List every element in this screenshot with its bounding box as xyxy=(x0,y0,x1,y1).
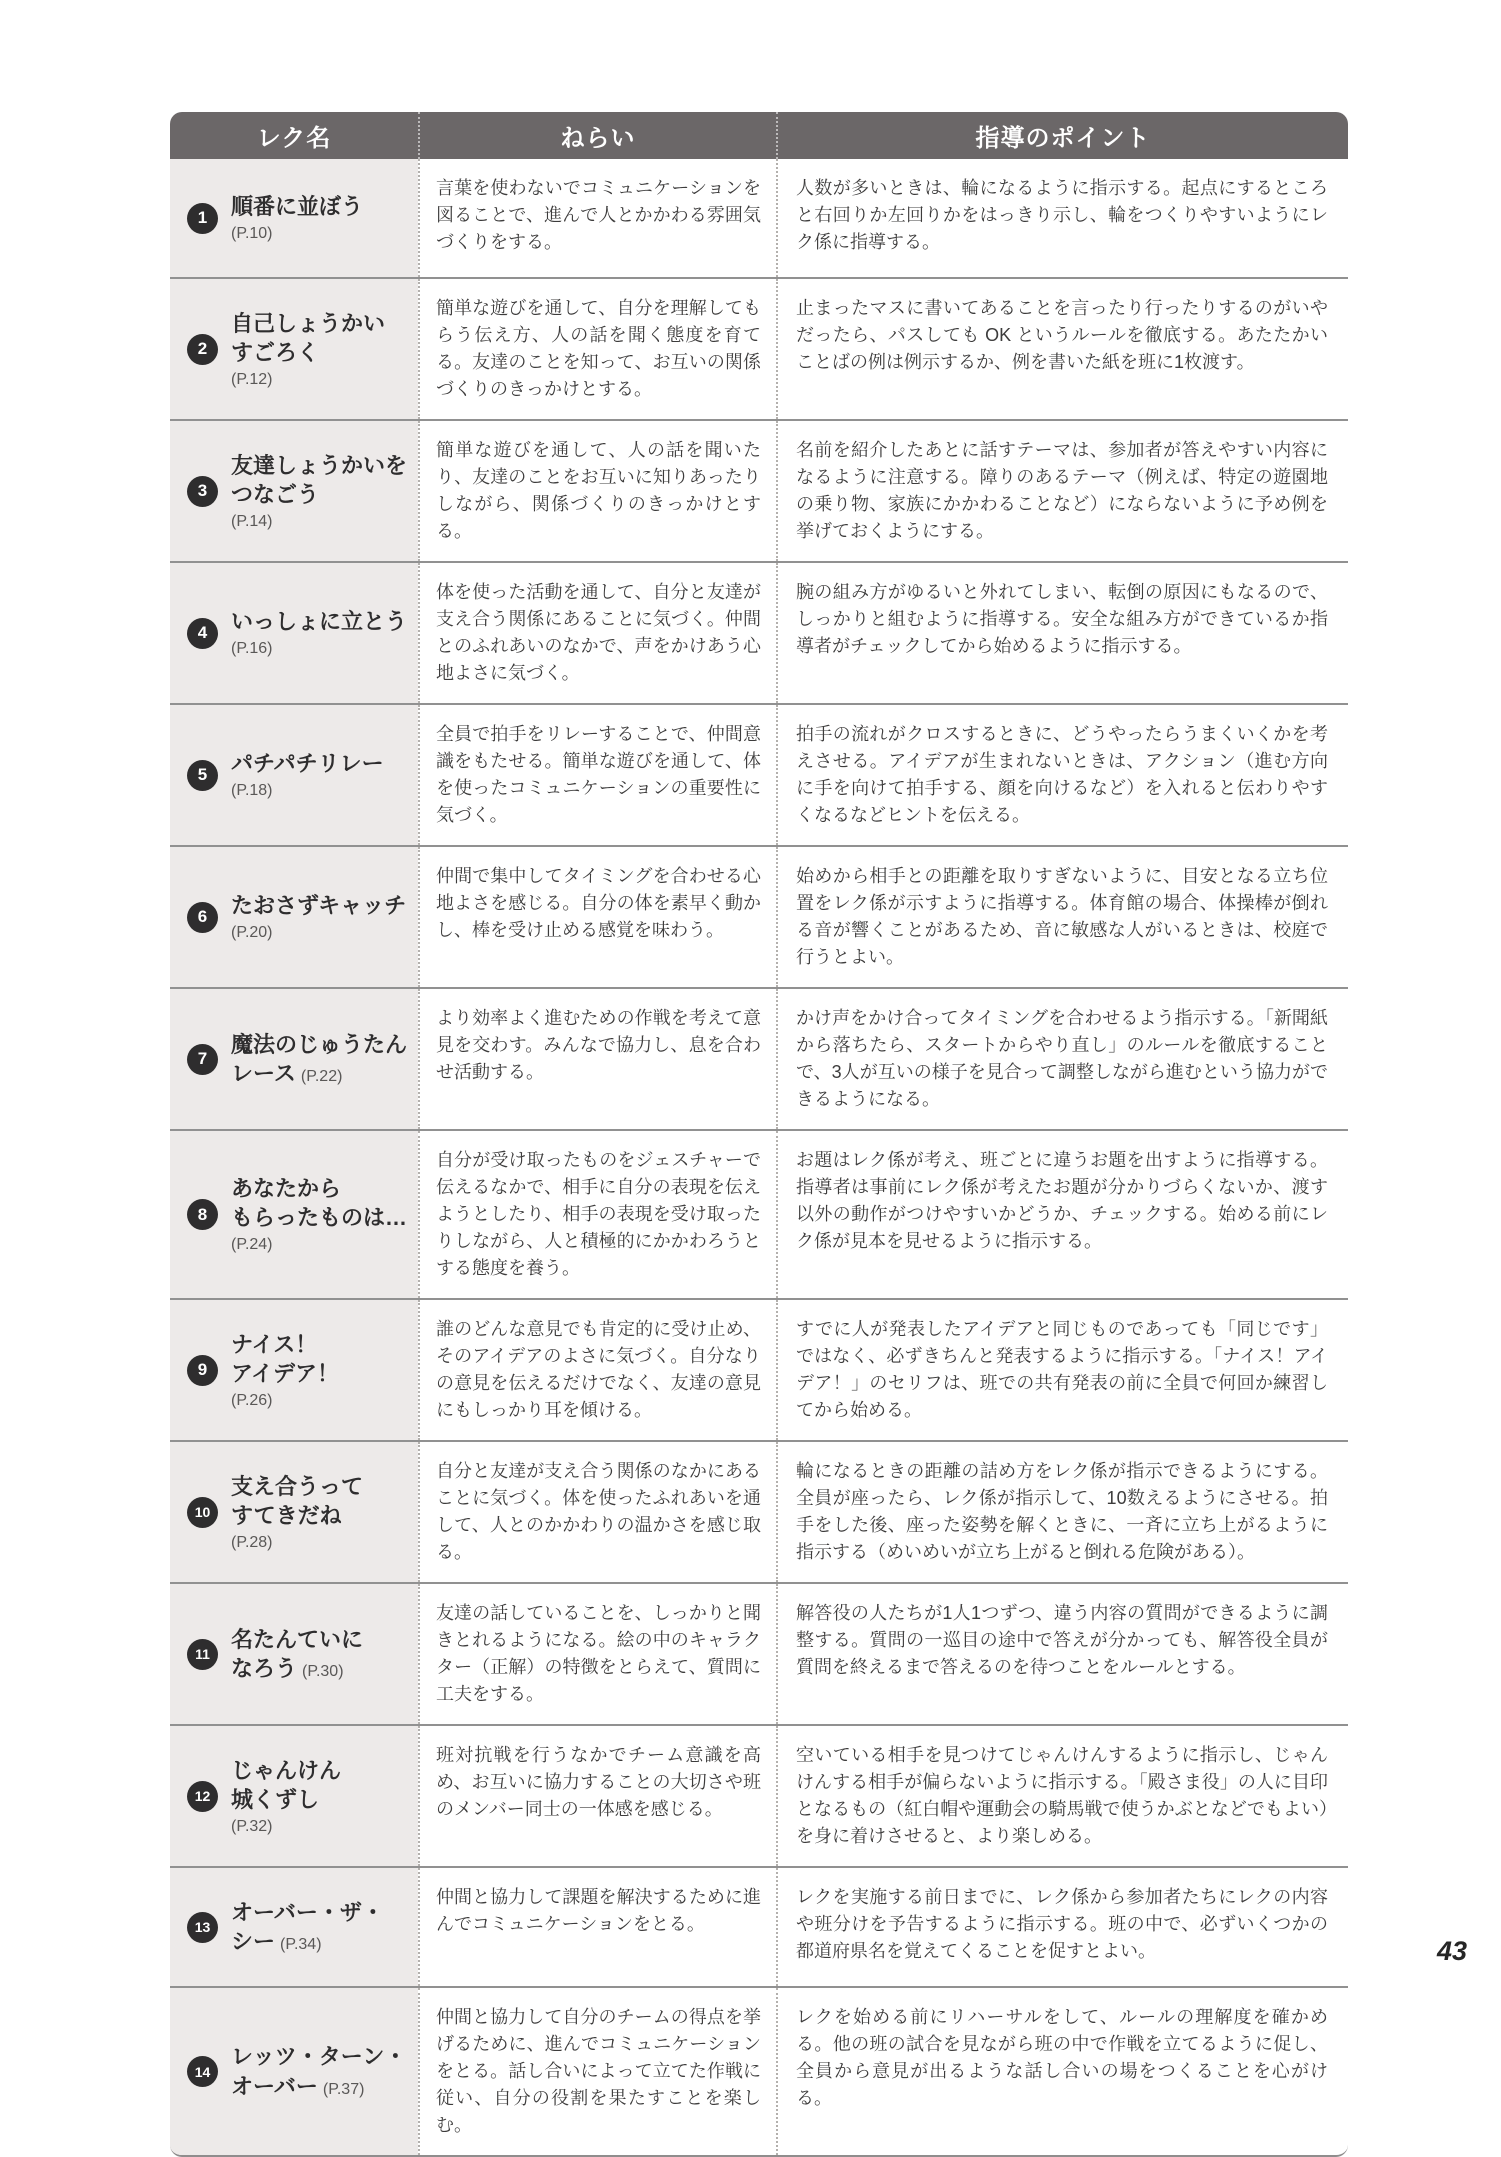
rec-name-line: 名たんていに xyxy=(231,1625,363,1654)
rec-name-line: もらったものは… xyxy=(231,1203,407,1232)
points-text: 人数が多いときは、輪になるように指示する。起点にするところと右回りか左回りかをは… xyxy=(796,175,1328,256)
points-cell: 始めから相手との距離を取りすぎないように、目安となる立ち位置をレク係が示すように… xyxy=(776,847,1348,987)
row-number-badge: 1 xyxy=(187,203,218,234)
points-cell: 空いている相手を見つけてじゃんけんするように指示し、じゃんけんする相手が偏らない… xyxy=(776,1726,1348,1866)
rec-name-line: いっしょに立とう xyxy=(231,607,407,636)
table-header-row: レク名 ねらい 指導のポイント xyxy=(170,112,1348,159)
rec-name-line: すてきだね xyxy=(231,1501,363,1530)
aim-cell: 仲間と協力して課題を解決するために進んでコミュニケーションをとる。 xyxy=(418,1868,776,1986)
points-text: 止まったマスに書いてあることを言ったり行ったりするのがいやだったら、パスしても … xyxy=(796,295,1328,376)
rec-name-block: 魔法のじゅうたんレース(P.22) xyxy=(231,1030,407,1088)
points-cell: すでに人が発表したアイデアと同じものであっても「同じです」ではなく、必ずきちんと… xyxy=(776,1300,1348,1440)
row-number-badge: 10 xyxy=(187,1497,218,1528)
rec-name-block: パチパチリレー(P.18) xyxy=(231,749,384,800)
row-number-badge: 2 xyxy=(187,334,218,365)
aim-cell: 仲間と協力して自分のチームの得点を挙げるために、進んでコミュニケーションをとる。… xyxy=(418,1988,776,2155)
page-reference: (P.16) xyxy=(231,639,407,658)
aim-text: 簡単な遊びを通して、自分を理解してもらう伝え方、人の話を聞く態度を育てる。友達の… xyxy=(436,295,761,403)
page-reference: (P.18) xyxy=(231,781,384,800)
table-row: 8 あなたからもらったものは…(P.24) 自分が受け取ったものをジェスチャーで… xyxy=(170,1129,1348,1298)
points-text: 拍手の流れがクロスするときに、どうやったらうまくいくかを考えさせる。アイデアが生… xyxy=(796,721,1328,829)
rec-name-block: 名たんていになろう(P.30) xyxy=(231,1625,363,1683)
rec-name-cell: 14 レッツ・ターン・オーバー(P.37) xyxy=(170,1988,418,2155)
rec-name-line: 自己しょうかい xyxy=(231,309,385,338)
row-number-badge: 6 xyxy=(187,902,218,933)
rec-name-cell: 8 あなたからもらったものは…(P.24) xyxy=(170,1131,418,1298)
aim-text: 仲間と協力して自分のチームの得点を挙げるために、進んでコミュニケーションをとる。… xyxy=(436,2004,761,2139)
header-rec-name: レク名 xyxy=(170,112,418,159)
rec-name-line: 魔法のじゅうたん xyxy=(231,1030,407,1059)
table-row: 14 レッツ・ターン・オーバー(P.37) 仲間と協力して自分のチームの得点を挙… xyxy=(170,1986,1348,2155)
aim-cell: 自分が受け取ったものをジェスチャーで伝えるなかで、相手に自分の表現を伝えようとし… xyxy=(418,1131,776,1298)
aim-cell: 仲間で集中してタイミングを合わせる心地よさを感じる。自分の体を素早く動かし、棒を… xyxy=(418,847,776,987)
rec-name-cell: 4 いっしょに立とう(P.16) xyxy=(170,563,418,703)
table-row: 13 オーバー・ザ・シー(P.34) 仲間と協力して課題を解決するために進んでコ… xyxy=(170,1866,1348,1986)
points-text: 名前を紹介したあとに話すテーマは、参加者が答えやすい内容になるように注意する。障… xyxy=(796,437,1328,545)
rec-name-line: オーバー(P.37) xyxy=(231,2072,406,2101)
aim-text: 言葉を使わないでコミュニケーションを図ることで、進んで人とかかわる雰囲気づくりを… xyxy=(436,175,761,256)
points-text: レクを始める前にリハーサルをして、ルールの理解度を確かめる。他の班の試合を見なが… xyxy=(796,2004,1328,2112)
points-text: すでに人が発表したアイデアと同じものであっても「同じです」ではなく、必ずきちんと… xyxy=(796,1316,1328,1424)
rec-name-line: あなたから xyxy=(231,1174,407,1203)
rec-name-block: たおさずキャッチ(P.20) xyxy=(231,891,406,942)
table-row: 5 パチパチリレー(P.18) 全員で拍手をリレーすることで、仲間意識をもたせる… xyxy=(170,703,1348,845)
rec-name-line: アイデア！ xyxy=(231,1359,339,1388)
rec-name-cell: 9 ナイス！アイデア！(P.26) xyxy=(170,1300,418,1440)
points-cell: お題はレク係が考え、班ごとに違うお題を出すように指導する。指導者は事前にレク係が… xyxy=(776,1131,1348,1298)
rec-name-block: 順番に並ぼう(P.10) xyxy=(231,192,363,243)
rec-name-cell: 10 支え合うってすてきだね(P.28) xyxy=(170,1442,418,1582)
aim-text: 友達の話していることを、しっかりと聞きとれるようになる。絵の中のキャラクター（正… xyxy=(436,1600,761,1708)
rec-name-line: 支え合うって xyxy=(231,1472,363,1501)
points-text: 腕の組み方がゆるいと外れてしまい、転倒の原因にもなるので、しっかりと組むように指… xyxy=(796,579,1328,660)
page-reference: (P.12) xyxy=(231,370,385,389)
table-body: 1 順番に並ぼう(P.10) 言葉を使わないでコミュニケーションを図ることで、進… xyxy=(170,159,1348,2155)
rec-name-block: 支え合うってすてきだね(P.28) xyxy=(231,1472,363,1552)
rec-name-line: オーバー・ザ・ xyxy=(231,1898,384,1927)
row-number-badge: 4 xyxy=(187,618,218,649)
rec-name-cell: 1 順番に並ぼう(P.10) xyxy=(170,159,418,277)
rec-name-block: あなたからもらったものは…(P.24) xyxy=(231,1174,407,1254)
rec-name-block: 自己しょうかいすごろく(P.12) xyxy=(231,309,385,389)
table-row: 12 じゃんけん城くずし(P.32) 班対抗戦を行うなかでチーム意識を高め、お互… xyxy=(170,1724,1348,1866)
rec-name-cell: 7 魔法のじゅうたんレース(P.22) xyxy=(170,989,418,1129)
aim-text: 仲間で集中してタイミングを合わせる心地よさを感じる。自分の体を素早く動かし、棒を… xyxy=(436,863,761,944)
points-cell: レクを始める前にリハーサルをして、ルールの理解度を確かめる。他の班の試合を見なが… xyxy=(776,1988,1348,2155)
points-cell: かけ声をかけ合ってタイミングを合わせるよう指示する。「新聞紙から落ちたら、スター… xyxy=(776,989,1348,1129)
points-cell: 名前を紹介したあとに話すテーマは、参加者が答えやすい内容になるように注意する。障… xyxy=(776,421,1348,561)
page-reference: (P.22) xyxy=(301,1068,343,1085)
header-aim: ねらい xyxy=(418,112,776,159)
rec-name-line: なろう(P.30) xyxy=(231,1654,363,1683)
row-number-badge: 12 xyxy=(187,1781,218,1812)
page-reference: (P.28) xyxy=(231,1533,363,1552)
rec-name-line: レース(P.22) xyxy=(231,1059,407,1088)
points-text: お題はレク係が考え、班ごとに違うお題を出すように指導する。指導者は事前にレク係が… xyxy=(796,1147,1328,1255)
row-number-badge: 3 xyxy=(187,476,218,507)
rec-name-line: パチパチリレー xyxy=(231,749,384,778)
aim-cell: 言葉を使わないでコミュニケーションを図ることで、進んで人とかかわる雰囲気づくりを… xyxy=(418,159,776,277)
rec-name-cell: 11 名たんていになろう(P.30) xyxy=(170,1584,418,1724)
row-number-badge: 13 xyxy=(187,1912,218,1943)
points-cell: 解答役の人たちが1人1つずつ、違う内容の質問ができるように調整する。質問の一巡目… xyxy=(776,1584,1348,1724)
rec-name-block: 友達しょうかいをつなごう(P.14) xyxy=(231,451,407,531)
points-cell: レクを実施する前日までに、レク係から参加者たちにレクの内容や班分けを予告するよう… xyxy=(776,1868,1348,1986)
rec-name-cell: 2 自己しょうかいすごろく(P.12) xyxy=(170,279,418,419)
table-row: 6 たおさずキャッチ(P.20) 仲間で集中してタイミングを合わせる心地よさを感… xyxy=(170,845,1348,987)
aim-text: 班対抗戦を行うなかでチーム意識を高め、お互いに協力することの大切さや班のメンバー… xyxy=(436,1742,761,1823)
aim-cell: 自分と友達が支え合う関係のなかにあることに気づく。体を使ったふれあいを通して、人… xyxy=(418,1442,776,1582)
rec-name-block: レッツ・ターン・オーバー(P.37) xyxy=(231,2042,406,2100)
aim-cell: 体を使った活動を通して、自分と友達が支え合う関係にあることに気づく。仲間とのふれ… xyxy=(418,563,776,703)
aim-text: 仲間と協力して課題を解決するために進んでコミュニケーションをとる。 xyxy=(436,1884,761,1938)
points-text: レクを実施する前日までに、レク係から参加者たちにレクの内容や班分けを予告するよう… xyxy=(796,1884,1328,1965)
points-text: 空いている相手を見つけてじゃんけんするように指示し、じゃんけんする相手が偏らない… xyxy=(796,1742,1328,1850)
aim-cell: 誰のどんな意見でも肯定的に受け止め、そのアイデアのよさに気づく。自分なりの意見を… xyxy=(418,1300,776,1440)
aim-cell: より効率よく進むための作戦を考えて意見を交わす。みんなで協力し、息を合わせ活動す… xyxy=(418,989,776,1129)
table-row: 2 自己しょうかいすごろく(P.12) 簡単な遊びを通して、自分を理解してもらう… xyxy=(170,277,1348,419)
table-row: 10 支え合うってすてきだね(P.28) 自分と友達が支え合う関係のなかにあるこ… xyxy=(170,1440,1348,1582)
page-reference: (P.26) xyxy=(231,1391,339,1410)
rec-name-block: オーバー・ザ・シー(P.34) xyxy=(231,1898,384,1956)
points-cell: 人数が多いときは、輪になるように指示する。起点にするところと右回りか左回りかをは… xyxy=(776,159,1348,277)
aim-cell: 簡単な遊びを通して、自分を理解してもらう伝え方、人の話を聞く態度を育てる。友達の… xyxy=(418,279,776,419)
aim-text: 体を使った活動を通して、自分と友達が支え合う関係にあることに気づく。仲間とのふれ… xyxy=(436,579,761,687)
aim-text: 全員で拍手をリレーすることで、仲間意識をもたせる。簡単な遊びを通して、体を使った… xyxy=(436,721,761,829)
rec-name-line: たおさずキャッチ xyxy=(231,891,406,920)
aim-text: 簡単な遊びを通して、人の話を聞いたり、友達のことをお互いに知りあったりしながら、… xyxy=(436,437,761,545)
table-row: 7 魔法のじゅうたんレース(P.22) より効率よく進むための作戦を考えて意見を… xyxy=(170,987,1348,1129)
points-cell: 拍手の流れがクロスするときに、どうやったらうまくいくかを考えさせる。アイデアが生… xyxy=(776,705,1348,845)
row-number-badge: 11 xyxy=(187,1639,218,1670)
rec-name-cell: 3 友達しょうかいをつなごう(P.14) xyxy=(170,421,418,561)
rec-name-cell: 5 パチパチリレー(P.18) xyxy=(170,705,418,845)
rec-name-line: レッツ・ターン・ xyxy=(231,2042,406,2071)
row-number-badge: 9 xyxy=(187,1355,218,1386)
table-row: 11 名たんていになろう(P.30) 友達の話していることを、しっかりと聞きとれ… xyxy=(170,1582,1348,1724)
table-row: 1 順番に並ぼう(P.10) 言葉を使わないでコミュニケーションを図ることで、進… xyxy=(170,159,1348,277)
aim-text: 自分が受け取ったものをジェスチャーで伝えるなかで、相手に自分の表現を伝えようとし… xyxy=(436,1147,761,1282)
aim-text: より効率よく進むための作戦を考えて意見を交わす。みんなで協力し、息を合わせ活動す… xyxy=(436,1005,761,1086)
page-reference: (P.14) xyxy=(231,512,407,531)
rec-name-line: じゃんけん xyxy=(231,1756,341,1785)
aim-cell: 班対抗戦を行うなかでチーム意識を高め、お互いに協力することの大切さや班のメンバー… xyxy=(418,1726,776,1866)
page-reference: (P.20) xyxy=(231,923,406,942)
table-row: 9 ナイス！アイデア！(P.26) 誰のどんな意見でも肯定的に受け止め、そのアイ… xyxy=(170,1298,1348,1440)
page-reference: (P.32) xyxy=(231,1817,341,1836)
recreation-guide-table: レク名 ねらい 指導のポイント 1 順番に並ぼう(P.10) 言葉を使わないでコ… xyxy=(170,112,1348,2157)
row-number-badge: 8 xyxy=(187,1199,218,1230)
aim-cell: 友達の話していることを、しっかりと聞きとれるようになる。絵の中のキャラクター（正… xyxy=(418,1584,776,1724)
page-reference: (P.30) xyxy=(302,1663,344,1680)
page-reference: (P.37) xyxy=(323,2081,365,2098)
rec-name-block: じゃんけん城くずし(P.32) xyxy=(231,1756,341,1836)
rec-name-line: ナイス！ xyxy=(231,1330,339,1359)
table-row: 3 友達しょうかいをつなごう(P.14) 簡単な遊びを通して、人の話を聞いたり、… xyxy=(170,419,1348,561)
rec-name-line: 友達しょうかいを xyxy=(231,451,407,480)
aim-cell: 簡単な遊びを通して、人の話を聞いたり、友達のことをお互いに知りあったりしながら、… xyxy=(418,421,776,561)
points-cell: 腕の組み方がゆるいと外れてしまい、転倒の原因にもなるので、しっかりと組むように指… xyxy=(776,563,1348,703)
rec-name-line: シー(P.34) xyxy=(231,1927,384,1956)
points-text: 輪になるときの距離の詰め方をレク係が指示できるようにする。全員が座ったら、レク係… xyxy=(796,1458,1328,1566)
page-reference: (P.10) xyxy=(231,224,363,243)
rec-name-line: 城くずし xyxy=(231,1785,341,1814)
points-cell: 輪になるときの距離の詰め方をレク係が指示できるようにする。全員が座ったら、レク係… xyxy=(776,1442,1348,1582)
points-cell: 止まったマスに書いてあることを言ったり行ったりするのがいやだったら、パスしても … xyxy=(776,279,1348,419)
page-reference: (P.24) xyxy=(231,1235,407,1254)
rec-name-cell: 6 たおさずキャッチ(P.20) xyxy=(170,847,418,987)
page-number: 43 xyxy=(1437,1936,1467,1967)
page-reference: (P.34) xyxy=(280,1936,322,1953)
row-number-badge: 5 xyxy=(187,760,218,791)
rec-name-block: ナイス！アイデア！(P.26) xyxy=(231,1330,339,1410)
points-text: 解答役の人たちが1人1つずつ、違う内容の質問ができるように調整する。質問の一巡目… xyxy=(796,1600,1328,1681)
rec-name-block: いっしょに立とう(P.16) xyxy=(231,607,407,658)
table-row: 4 いっしょに立とう(P.16) 体を使った活動を通して、自分と友達が支え合う関… xyxy=(170,561,1348,703)
aim-cell: 全員で拍手をリレーすることで、仲間意識をもたせる。簡単な遊びを通して、体を使った… xyxy=(418,705,776,845)
row-number-badge: 7 xyxy=(187,1044,218,1075)
rec-name-line: 順番に並ぼう xyxy=(231,192,363,221)
aim-text: 自分と友達が支え合う関係のなかにあることに気づく。体を使ったふれあいを通して、人… xyxy=(436,1458,761,1566)
row-number-badge: 14 xyxy=(187,2056,218,2087)
rec-name-line: つなごう xyxy=(231,480,407,509)
aim-text: 誰のどんな意見でも肯定的に受け止め、そのアイデアのよさに気づく。自分なりの意見を… xyxy=(436,1316,761,1424)
header-points: 指導のポイント xyxy=(776,112,1348,159)
points-text: 始めから相手との距離を取りすぎないように、目安となる立ち位置をレク係が示すように… xyxy=(796,863,1328,971)
rec-name-cell: 12 じゃんけん城くずし(P.32) xyxy=(170,1726,418,1866)
rec-name-line: すごろく xyxy=(231,338,385,367)
points-text: かけ声をかけ合ってタイミングを合わせるよう指示する。「新聞紙から落ちたら、スター… xyxy=(796,1005,1328,1113)
rec-name-cell: 13 オーバー・ザ・シー(P.34) xyxy=(170,1868,418,1986)
